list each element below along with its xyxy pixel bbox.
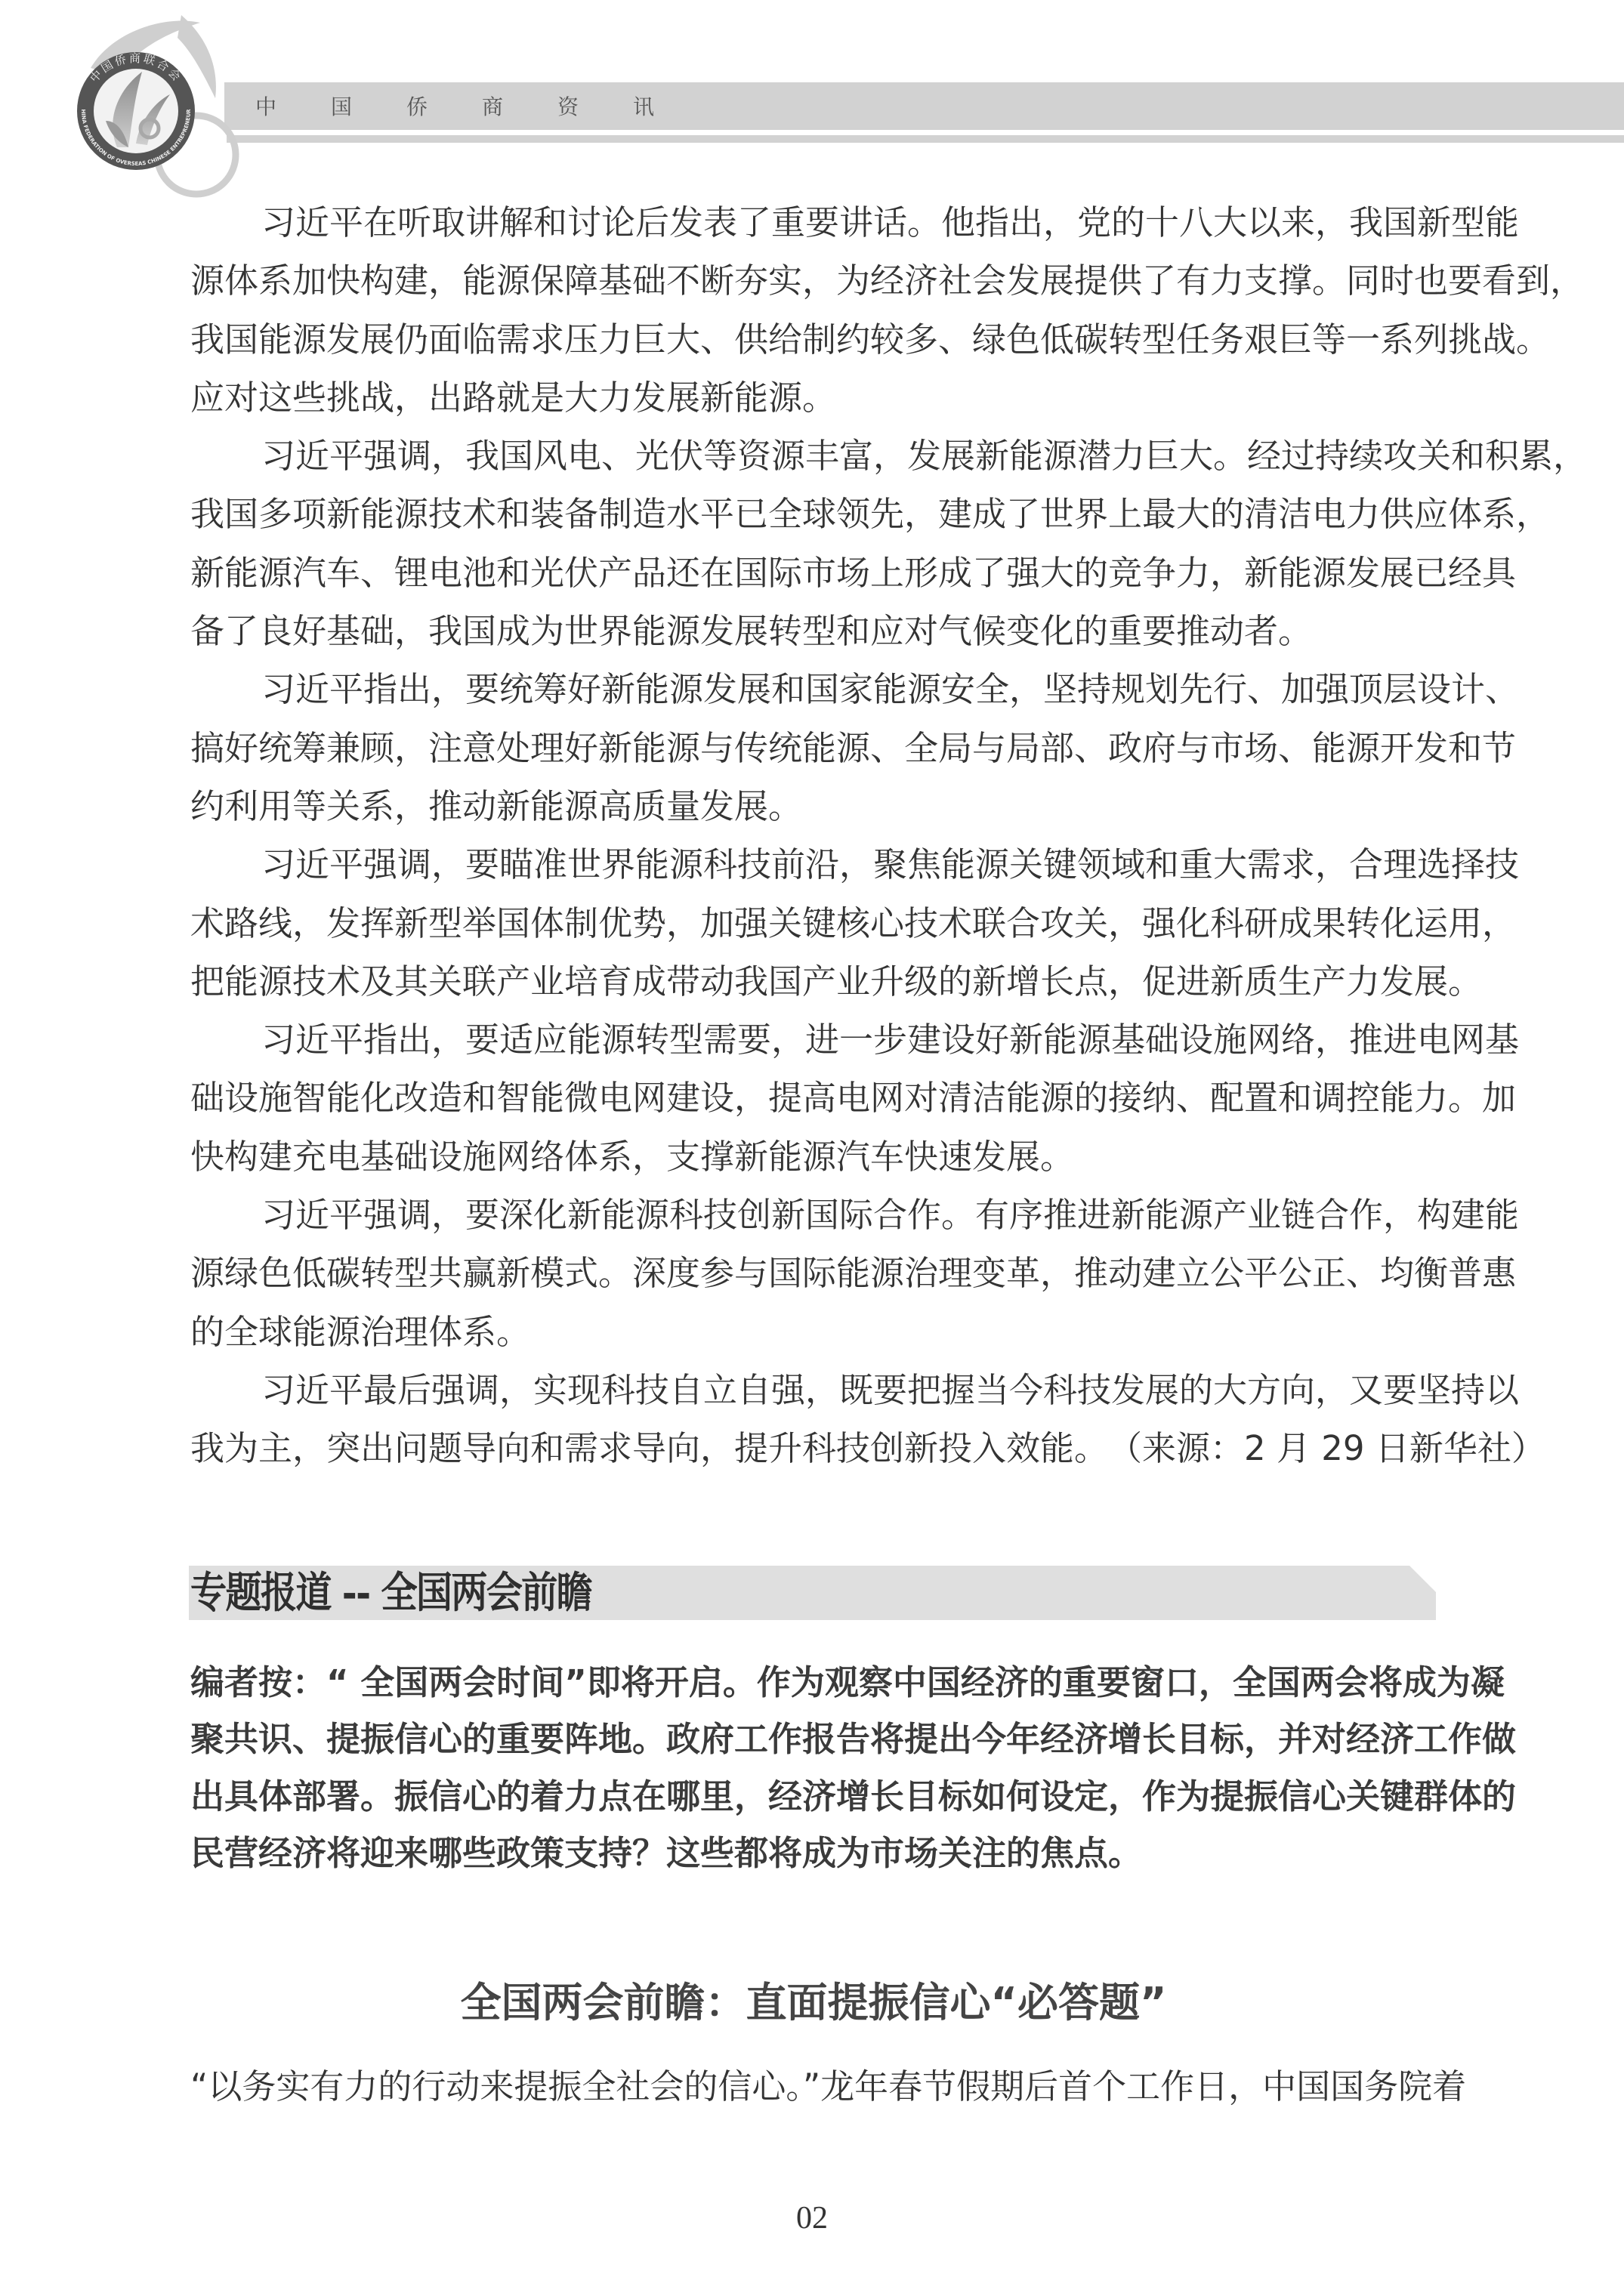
publication-title-char: 中: [255, 92, 276, 122]
text-line: 习近平强调，我国风电、光伏等资源丰富，发展新能源潜力巨大。经过持续攻关和积累，: [190, 427, 1435, 485]
text-line: 习近平指出，要适应能源转型需要，进一步建设好新能源基础设施网络，推进电网基: [190, 1011, 1435, 1069]
text-line: 习近平强调，要深化新能源科技创新国际合作。有序推进新能源产业链合作，构建能: [190, 1186, 1435, 1244]
article-body: 习近平在听取讲解和讨论后发表了重要讲话。他指出，党的十八大以来，我国新型能 源体…: [190, 193, 1435, 1478]
text-line: 习近平指出，要统筹好新能源发展和国家能源安全，坚持规划先行、加强顶层设计、: [190, 660, 1435, 718]
publication-title-char: 资: [557, 92, 579, 122]
editor-note: 编者按：“ 全国两会时间”即将开启。作为观察中国经济的重要窗口，全国两会将成为凝…: [190, 1654, 1435, 1881]
publication-title-char: 国: [331, 92, 352, 122]
header-underline-bar: [227, 135, 1624, 143]
publication-title-char: 商: [482, 92, 503, 122]
text-line: 习近平最后强调，实现科技自立自强，既要把握当今科技发展的大方向，又要坚持以: [190, 1361, 1435, 1419]
paragraph: 习近平在听取讲解和讨论后发表了重要讲话。他指出，党的十八大以来，我国新型能 源体…: [190, 193, 1435, 427]
paragraph: 习近平最后强调，实现科技自立自强，既要把握当今科技发展的大方向，又要坚持以 我为…: [190, 1361, 1435, 1478]
paragraph: 习近平指出，要适应能源转型需要，进一步建设好新能源基础设施网络，推进电网基 础设…: [190, 1011, 1435, 1186]
text-line: 术路线，发挥新型举国体制优势，加强关键核心技术联合攻关，强化科研成果转化运用，: [190, 894, 1435, 952]
page-number: 02: [0, 2199, 1624, 2237]
paragraph: 习近平强调，要瞄准世界能源科技前沿，聚焦能源关键领域和重大需求，合理选择技 术路…: [190, 835, 1435, 1011]
text-line: 编者按：“ 全国两会时间”即将开启。作为观察中国经济的重要窗口，全国两会将成为凝: [190, 1654, 1435, 1711]
org-logo-icon: 中国侨商联合会 CHINA FEDERATION OF OVERSEAS CHI…: [45, 8, 242, 204]
publication-title-char: 讯: [633, 92, 654, 122]
text-line: 备了良好基础，我国成为世界能源发展转型和应对气候变化的重要推动者。: [190, 602, 1435, 660]
text-line: 出具体部署。振信心的着力点在哪里，经济增长目标如何设定，作为提振信心关键群体的: [190, 1768, 1435, 1825]
publication-title-char: 侨: [406, 92, 428, 122]
article-title: 全国两会前瞻：直面提振信心“必答题”: [0, 1979, 1624, 2027]
text-line: 民营经济将迎来哪些政策支持？这些都将成为市场关注的焦点。: [190, 1825, 1435, 1881]
text-line: 源绿色低碳转型共赢新模式。深度参与国际能源治理变革，推动建立公平公正、均衡普惠: [190, 1244, 1435, 1302]
text-line: 把能源技术及其关联产业培育成带动我国产业升级的新增长点，促进新质生产力发展。: [190, 952, 1435, 1011]
text-line: 应对这些挑战，出路就是大力发展新能源。: [190, 369, 1435, 427]
text-line: “以务实有力的行动来提振全社会的信心。”龙年春节假期后首个工作日，中国国务院着: [190, 2057, 1435, 2116]
paragraph: 习近平强调，要深化新能源科技创新国际合作。有序推进新能源产业链合作，构建能 源绿…: [190, 1186, 1435, 1361]
text-line: 新能源汽车、锂电池和光伏产品还在国际市场上形成了强大的竞争力，新能源发展已经具: [190, 544, 1435, 602]
text-line: 我国能源发展仍面临需求压力巨大、供给制约较多、绿色低碳转型任务艰巨等一系列挑战。: [190, 310, 1435, 369]
article2-body: “以务实有力的行动来提振全社会的信心。”龙年春节假期后首个工作日，中国国务院着: [190, 2057, 1435, 2116]
text-line: 础设施智能化改造和智能微电网建设，提高电网对清洁能源的接纳、配置和调控能力。加: [190, 1069, 1435, 1127]
text-line: 快构建充电基础设施网络体系，支撑新能源汽车快速发展。: [190, 1128, 1435, 1186]
publication-title: 中 国 侨 商 资 讯: [255, 92, 654, 122]
text-line: 我为主，突出问题导向和需求导向，提升科技创新投入效能。 （来源：2 月 29 日…: [190, 1419, 1435, 1477]
text-line: 习近平强调，要瞄准世界能源科技前沿，聚焦能源关键领域和重大需求，合理选择技: [190, 835, 1435, 893]
text-line-content: 我为主，突出问题导向和需求导向，提升科技创新投入效能。: [190, 1419, 1108, 1477]
text-line: 的全球能源治理体系。: [190, 1303, 1435, 1361]
text-line: 习近平在听取讲解和讨论后发表了重要讲话。他指出，党的十八大以来，我国新型能: [190, 193, 1435, 252]
paragraph: 习近平指出，要统筹好新能源发展和国家能源安全，坚持规划先行、加强顶层设计、 搞好…: [190, 660, 1435, 835]
text-line: 我国多项新能源技术和装备制造水平已全球领先，建成了世界上最大的清洁电力供应体系，: [190, 485, 1435, 543]
text-line: 约利用等关系，推动新能源高质量发展。: [190, 777, 1435, 835]
section-heading: 专题报道 -- 全国两会前瞻: [190, 1566, 591, 1620]
text-line: 搞好统筹兼顾，注意处理好新能源与传统能源、全局与局部、政府与市场、能源开发和节: [190, 719, 1435, 777]
text-line: 源体系加快构建，能源保障基础不断夯实，为经济社会发展提供了有力支撑。同时也要看到…: [190, 252, 1435, 310]
paragraph: 习近平强调，我国风电、光伏等资源丰富，发展新能源潜力巨大。经过持续攻关和积累， …: [190, 427, 1435, 660]
source-credit: （来源：2 月 29 日新华社）: [1108, 1419, 1545, 1477]
text-line: 聚共识、提振信心的重要阵地。政府工作报告将提出今年经济增长目标，并对经济工作做: [190, 1711, 1435, 1767]
